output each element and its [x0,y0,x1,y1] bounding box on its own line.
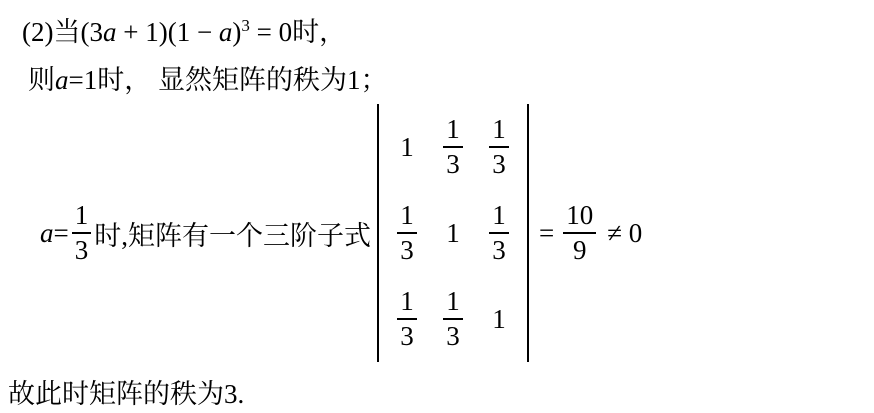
exponent: 3 [241,16,250,35]
fraction-denominator: 3 [397,320,417,352]
determinant-cell: 1 [400,132,414,163]
variable-a: a [55,65,69,95]
fraction-denominator: 3 [489,148,509,180]
fraction-denominator: 3 [397,234,417,266]
fraction-denominator: 9 [570,234,590,266]
fraction-denominator: 3 [443,320,463,352]
not-equal-zero: ≠ 0 [607,218,642,249]
determinant: 1 13 13 13 1 13 13 13 1 [377,104,529,362]
line-3-text: 时,矩阵有一个三阶子式 [94,214,371,253]
determinant-cell: 1 [492,304,506,335]
determinant-cell: 13 [397,200,417,266]
fraction-numerator: 10 [563,200,596,234]
equals-sign: = [54,218,69,249]
fraction-numerator: 1 [72,200,92,234]
determinant-cell: 13 [443,114,463,180]
result-fraction: 109 [563,200,596,266]
document-page: (2)当(3a + 1)(1 − a)3 = 0时， 则a=1时， 显然矩阵的秩… [0,0,874,413]
fraction-denominator: 3 [443,148,463,180]
fraction-numerator: 1 [443,114,463,148]
line-2-text: =1时， 显然矩阵的秩为1； [69,65,388,95]
line-1-suffix: = 0时， [250,17,346,47]
line-3: a=13时,矩阵有一个三阶子式 1 13 13 13 1 13 13 13 1 [40,100,642,366]
determinant-cell: 1 [446,218,460,249]
variable-a: a [103,17,117,47]
fraction-numerator: 1 [489,114,509,148]
determinant-right-bar [527,104,529,362]
fraction-denominator: 3 [489,234,509,266]
line-2: 则a=1时， 显然矩阵的秩为1； [28,58,387,97]
determinant-cell: 13 [489,200,509,266]
line-4: 故此时矩阵的秩为3. [8,372,244,411]
variable-a: a [219,17,233,47]
variable-a: a [40,218,54,249]
determinant-result: =109≠ 0 [539,200,642,266]
determinant-cell: 13 [489,114,509,180]
determinant-grid: 1 13 13 13 1 13 13 13 1 [379,104,527,362]
line-1: (2)当(3a + 1)(1 − a)3 = 0时， [22,10,346,49]
determinant-cell: 13 [397,286,417,352]
fraction-denominator: 3 [72,234,92,266]
fraction-numerator: 1 [443,286,463,320]
fraction-numerator: 1 [397,200,417,234]
equals-sign: = [539,218,554,249]
fraction-numerator: 1 [397,286,417,320]
fraction-numerator: 1 [489,200,509,234]
determinant-cell: 13 [443,286,463,352]
line-2-prefix: 则 [28,65,55,95]
line-1-mid: + 1)(1 − [116,17,218,47]
line-1-prefix: (2)当(3 [22,17,103,47]
a-value-fraction: 13 [72,200,92,266]
